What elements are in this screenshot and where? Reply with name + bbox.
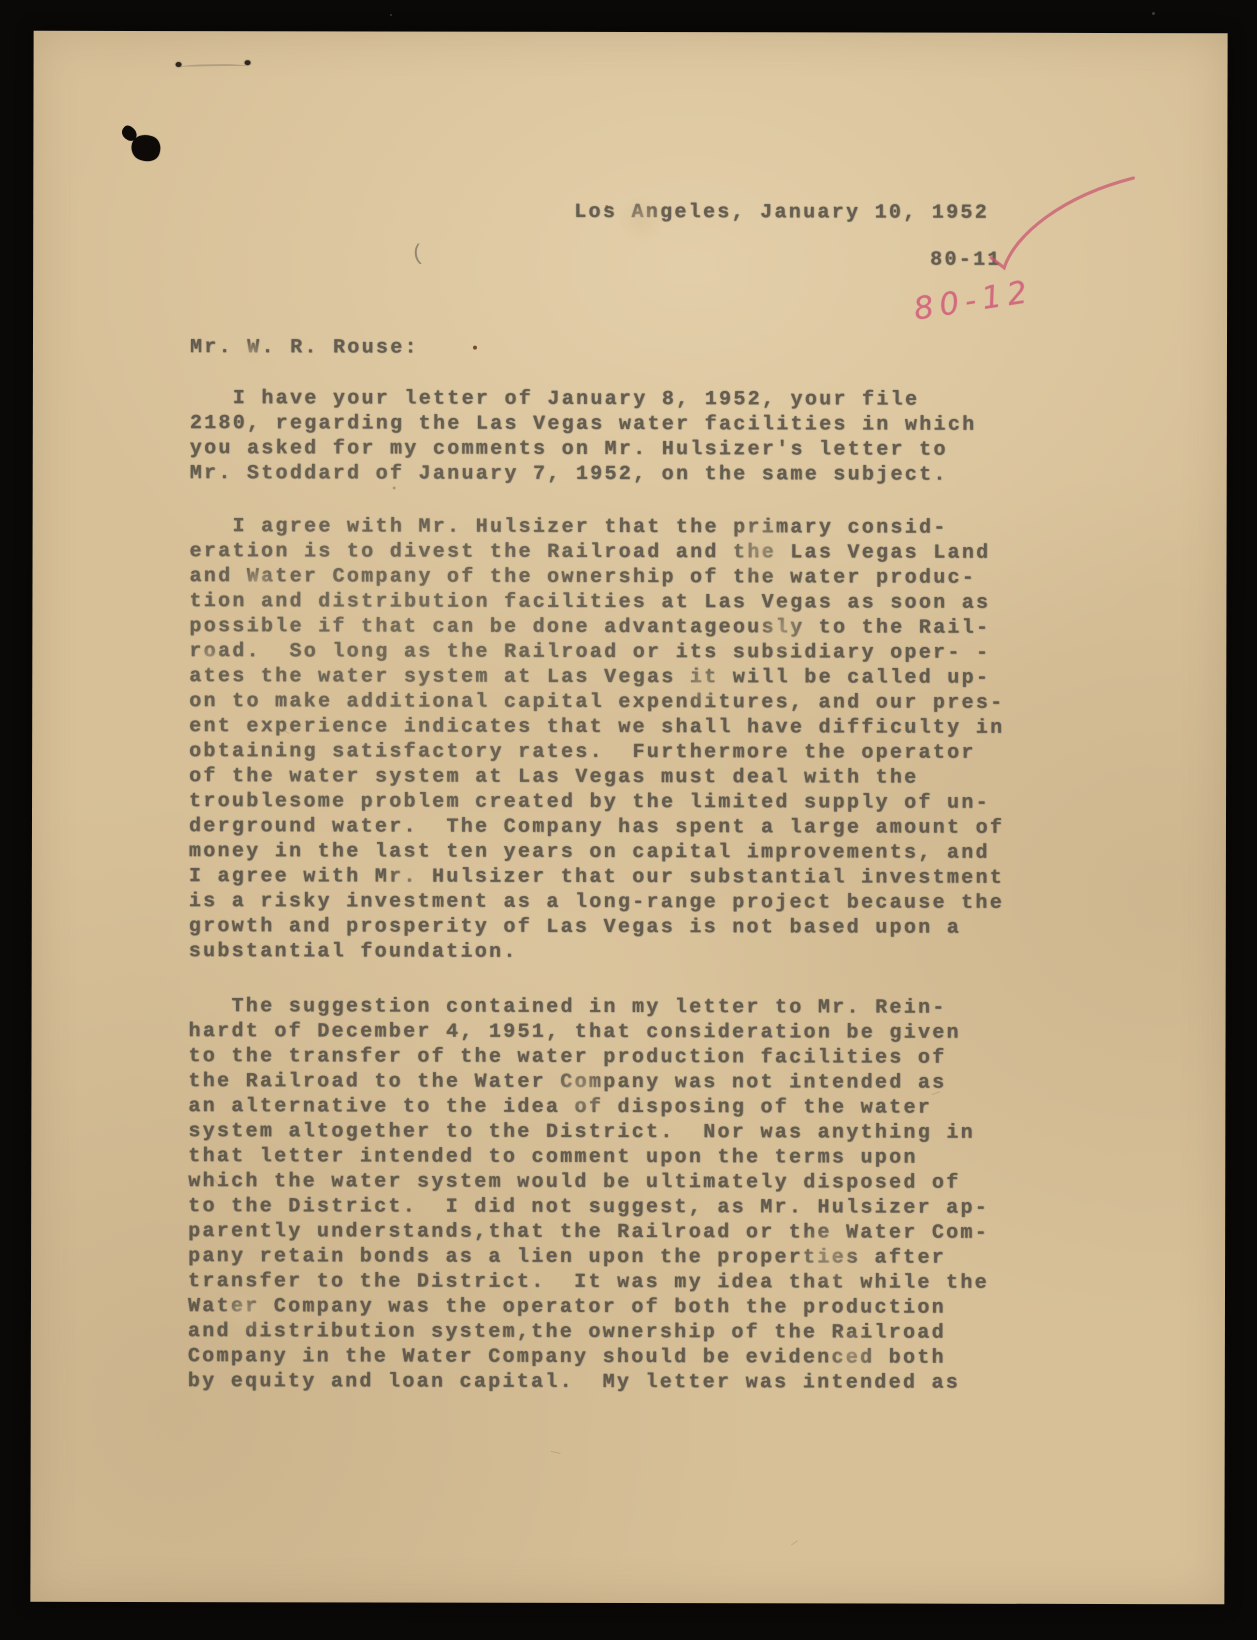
red-checkmark-icon bbox=[983, 168, 1143, 278]
paragraph: The suggestion contained in my letter to… bbox=[188, 994, 1004, 1396]
stray-mark: ( bbox=[410, 241, 426, 267]
paper-speck bbox=[605, 205, 608, 208]
salutation: Mr. W. R. Rouse: bbox=[190, 335, 1005, 362]
paper-fiber bbox=[791, 1540, 798, 1545]
dust-speck bbox=[1152, 12, 1155, 15]
staple-hole bbox=[245, 60, 251, 65]
letter-body: Mr. W. R. Rouse: I have your letter of J… bbox=[188, 335, 1005, 1396]
dateline: Los Angeles, January 10, 1952 bbox=[574, 200, 989, 226]
paragraph: I have your letter of January 8, 1952, y… bbox=[190, 386, 1005, 488]
dust-speck bbox=[390, 14, 392, 16]
paper-speck bbox=[393, 487, 396, 490]
staple-hole bbox=[176, 62, 182, 67]
paper-speck bbox=[473, 346, 477, 350]
staple-impression bbox=[181, 64, 247, 70]
letter-paper: Los Angeles, January 10, 1952 80-11 80-1… bbox=[30, 31, 1227, 1604]
paper-fiber bbox=[551, 1451, 561, 1454]
paragraph: I agree with Mr. Hulsizer that the prima… bbox=[189, 514, 1005, 966]
scanned-letter-page: { "page": { "background_color": "#0b0908… bbox=[0, 0, 1257, 1640]
